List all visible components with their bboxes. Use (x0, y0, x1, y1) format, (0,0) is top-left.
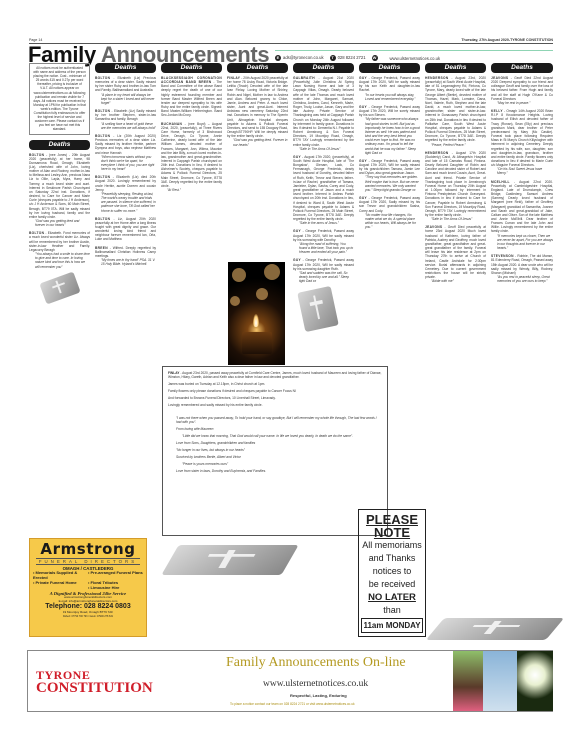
finlay-boxed-notice: FINLAY - August 23rd 2020, passed away p… (162, 366, 388, 536)
dateline: Thursday, 27th August 2020-TYRONE CONSTI… (461, 38, 553, 43)
death-notice: JEAVONS - Geoff Died peacefully at home … (425, 225, 486, 283)
verse: "At Rest." (161, 188, 222, 192)
bible-icon (161, 545, 298, 575)
contact-bar: Eads@tyronecon.co.uk T028 8224 2721 W ww… (275, 50, 553, 61)
armstrong-funeral-ad: Armstrong FUNERAL DIRECTORS OMAGH / CAST… (29, 538, 147, 637)
deaths-header: Deaths (359, 63, 420, 73)
deaths-header: Deaths (227, 63, 288, 73)
photo-lilies (517, 651, 553, 711)
deaths-header: Deaths (161, 63, 222, 73)
column-1: All notices must be authenticated with n… (29, 63, 90, 299)
verse: "In our hearts you will always stay, Lov… (359, 93, 420, 101)
web-icon: W (372, 55, 378, 61)
notices-list: HENDERSON - August 23rd, 2020 (peacefull… (425, 76, 486, 284)
death-notice: KELLY - Omagh 14th August 2020 Brian R.I… (491, 109, 553, 176)
death-notice: BUCHANAN - (nee Boyd) – August 22nd, 202… (161, 122, 222, 193)
death-notice: BOLTON - Elizabeth (Liz) Sadly missed by… (95, 109, 156, 130)
page-title: Family Announcements (28, 45, 269, 65)
death-notice: BOLTON - Liz (20th August 2020) Precious… (95, 134, 156, 171)
death-notice: GUY - George Frederick, Passed away Augu… (293, 229, 354, 254)
notices-list: JEAVONS - Geoff Died 22nd August 2020 De… (491, 76, 553, 283)
verse: "Safe In The Arms Of Jesus" (425, 217, 486, 221)
bible-icon (297, 286, 339, 332)
notices-list: FINLAY - 20th August 2020 peacefully at … (227, 76, 288, 147)
death-notice: BOLTON - (nee Jones) - 20th August 2020 … (29, 153, 90, 228)
email-icon: E (275, 55, 281, 61)
notices-list: GALBRAITH - August 21st 2020 (Peacefully… (293, 76, 354, 283)
tyrone-constitution-logo: TYRONE CONSTITUTION (36, 669, 153, 695)
column-4: Deaths FINLAY - 20th August 2020 peacefu… (227, 63, 288, 151)
death-notice: GUY - George Frederick, Passed away Augu… (359, 105, 420, 155)
notices-list: BOLTON - Elizabeth (Liz) Precious memori… (95, 76, 156, 266)
ad-brand: Armstrong (30, 542, 146, 557)
death-notice: BREEN - Wilfred. Deeply regretted by Bal… (95, 246, 156, 267)
death-notice: GUY - George Frederick, Passed away Augu… (359, 76, 420, 101)
column-6: Deaths GUY - George Frederick, Passed aw… (359, 63, 420, 233)
bible-icon (39, 271, 80, 304)
column-2: Deaths BOLTON - Elizabeth (Liz) Precious… (95, 63, 156, 270)
verse: "Along the road of suffering, You found … (293, 242, 354, 254)
death-notice: GUY - George Frederick, Passed away Augu… (359, 159, 420, 192)
email-link[interactable]: ads@tyronecon.co.uk (283, 55, 324, 60)
verse: "My father was someone who always had go… (359, 117, 420, 154)
verse: "On his Soul Sweet Jesus have Mercy." (491, 167, 553, 175)
column-3: Deaths BLACKSESSIAGH CORONATION ACCORDIA… (161, 63, 222, 196)
deaths-header: Deaths (29, 140, 90, 150)
verse: "Safe In The Arms Of Jesus" (293, 147, 354, 151)
banner-url[interactable]: www.ulsternetnotices.co.uk (263, 679, 368, 689)
death-notice: BOLTON - Elizabeth (Liz) Precious memori… (95, 76, 156, 105)
death-notice: GUY - August 17th 2020, (peacefully), at… (293, 155, 354, 226)
column-8: Deaths JEAVONS - Geoff Died 22nd August … (491, 63, 553, 287)
deaths-header: Deaths (293, 63, 354, 73)
verse: "God saw you getting tired. Forever in o… (227, 138, 288, 146)
notices-list: BLACKSESSIAGH CORONATION ACCORDIAN BAND … (161, 76, 222, 192)
family-announcements-banner[interactable]: TYRONE CONSTITUTION Family Announcements… (27, 650, 553, 712)
death-notice: STEVENSON - Robbie, The old Manse, 81 Ed… (491, 254, 553, 283)
verse: "A smiling face a heart of gold these ar… (95, 122, 156, 130)
death-notice: GALBRAITH - August 21st 2020 (Peacefully… (293, 76, 354, 151)
notices-list: GUY - George Frederick, Passed away Augu… (359, 76, 420, 229)
deaths-header: Deaths (491, 63, 553, 73)
services-list: • Memorials Supplied & Erected• Pre-arra… (30, 571, 146, 591)
verse: "A place in my heart will always be kept… (95, 93, 156, 105)
verse: "God saw you getting tired and forever i… (29, 219, 90, 227)
phone-number: 028 8224 2721 (338, 55, 366, 60)
column-7: Deaths HENDERSON - August 23rd, 2020 (pe… (425, 63, 486, 288)
verse: "My times are in thy hand" PSA. 31 V. 15… (95, 258, 156, 266)
death-notice: BLACKSESSIAGH CORONATION ACCORDIAN BAND … (161, 76, 222, 118)
death-notice: GUY - George Frederick, Passed away Augu… (293, 258, 354, 283)
verse: "Peace, Perfect Peace." (425, 143, 486, 147)
death-notice: BOLTON - Elizabeth. Fond memories of a m… (29, 231, 90, 268)
death-notice: BOLTON - Liz, August 20th 2020 peacefull… (95, 217, 156, 242)
banner-heading: Family Announcements On-line (226, 655, 406, 671)
notice-info-box: All notices must be authenticated with n… (29, 63, 90, 135)
deaths-header: Deaths (425, 63, 486, 73)
death-notice: JEAVONS - Geoff Died 22nd August 2020 De… (491, 76, 553, 105)
death-notice: BOLTON - Elizabeth (Liz) died 20th Augus… (95, 175, 156, 212)
death-notice: FINLAY - 20th August 2020 peacefully at … (227, 76, 288, 147)
death-notice: GUY - George Frederick, Passed away Augu… (359, 196, 420, 229)
website-link[interactable]: www.ulsternetnotices.co.uk (390, 56, 441, 61)
verse: "May he rest in peace." (491, 101, 553, 105)
verse: "As you rest in peaceful sleep, Great me… (491, 275, 553, 283)
verse: "They say that memories are golden. Well… (359, 175, 420, 192)
verse: "Sad and sudden was the call, So dearly … (293, 271, 354, 283)
candle-photo (228, 262, 285, 365)
deaths-header: Deaths (95, 63, 156, 73)
verse: "You always had a smile to share time to… (29, 252, 90, 269)
verse: "Peacefully sleeping, Resting at last, T… (95, 192, 156, 213)
photo-dove (483, 651, 517, 711)
verse: "If memories kept us closer, Then we are… (491, 234, 553, 251)
verse: "No matter how life changes, No matter w… (359, 213, 420, 230)
photo-family (453, 651, 483, 711)
please-note-box: PLEASE NOTE All memoriams and Thanks not… (358, 509, 426, 637)
verse: "Safe in the arms of Jesus." (293, 221, 354, 225)
column-5: Deaths GALBRAITH - August 21st 2020 (Pea… (293, 63, 354, 329)
verse: "When tomorrow starts without you don't … (95, 155, 156, 172)
notices-list: BOLTON - (nee Jones) - 20th August 2020 … (29, 153, 90, 269)
bible-icon (426, 618, 564, 640)
verse: "Abide with me" (425, 279, 486, 283)
phone-icon: T (330, 55, 336, 61)
death-notice: HENDERSON - August 23rd, 2020 (peacefull… (425, 76, 486, 147)
death-notice: HENDERSON - August 17th 2020 (Suddenly) … (425, 151, 486, 222)
death-notice: MCELHILL - August 22nd 2020. Peacefully … (491, 180, 553, 251)
